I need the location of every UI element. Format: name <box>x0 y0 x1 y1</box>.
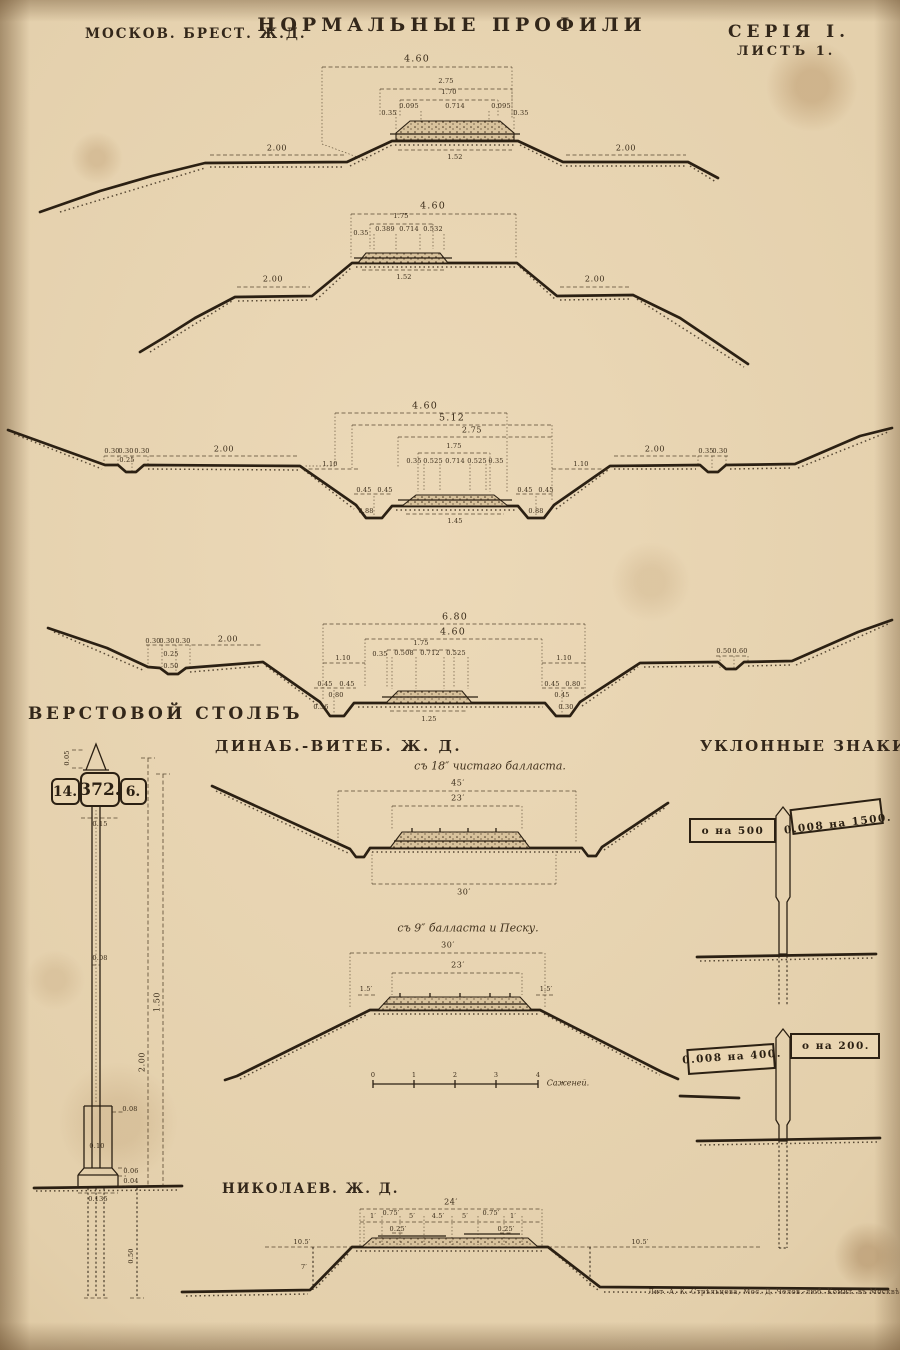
profile-2-linework <box>140 214 748 367</box>
dim-label: 0.30 <box>712 447 727 455</box>
dim-label: 23′ <box>451 794 465 803</box>
dim-label: 0.45 <box>538 486 553 494</box>
p2-ground-texture <box>150 267 744 367</box>
dim-label: 0.135 <box>88 1195 108 1203</box>
dim-label: 0.30 <box>134 447 149 455</box>
dim-label: 0.45 <box>517 486 532 494</box>
dim-label: 0.525 <box>423 457 443 465</box>
nik-ground-line <box>182 1247 888 1292</box>
dim-label: 0.45 <box>544 680 559 688</box>
dinab-profile2-caption: съ 9″ балласта и Песку. <box>397 922 538 935</box>
dim-label: 2.00 <box>214 445 234 454</box>
dim-label: 0.35 <box>353 229 368 237</box>
dim-label: 4.60 <box>404 54 430 65</box>
dim-label: 0.532 <box>423 225 443 233</box>
dim-label: 0.45 <box>377 486 392 494</box>
dim-label: 0.80 <box>565 680 580 688</box>
d1-ballast <box>390 832 530 848</box>
dim-label: 1′ <box>510 1212 516 1220</box>
dim-label: 0.30 <box>159 637 174 645</box>
dim-label: 0.35 <box>488 457 503 465</box>
dim-label: 45′ <box>451 779 465 788</box>
dim-label: 0.08 <box>122 1105 137 1113</box>
drawing-canvas <box>0 0 900 1350</box>
railway-name-nikolaev: НИКОЛАЕВ. Ж. Д. <box>222 1181 399 1197</box>
dim-label: 1.45 <box>447 517 462 525</box>
dim-label: 0.712 <box>420 649 440 657</box>
dim-label: 5.12 <box>439 413 465 424</box>
d2-dimension-lines <box>350 953 554 995</box>
dim-label: 0.75′ <box>483 1209 500 1217</box>
dim-label: 1.5′ <box>360 985 373 993</box>
dim-label: 4.60 <box>420 201 446 212</box>
dim-label: 0.06 <box>123 1167 138 1175</box>
nikolaev-linework <box>182 1209 888 1296</box>
dim-label: 24′ <box>444 1198 458 1207</box>
dim-label: 1.75 <box>393 212 408 220</box>
dim-label: 0.50 <box>163 662 178 670</box>
dim-label: 0.10 <box>89 1142 104 1150</box>
sheet-title: НОРМАЛЬНЫЕ ПРОФИЛИ <box>257 14 646 36</box>
dim-label: 1.50 <box>153 992 162 1012</box>
verst-plate-right: 6. <box>126 784 141 800</box>
dim-label: 5′ <box>409 1212 415 1220</box>
p1-leader-lines <box>322 67 514 161</box>
dim-label: 0.525 <box>446 649 466 657</box>
dim-label: 0.35 <box>698 447 713 455</box>
nik-level-verticals <box>313 1247 590 1290</box>
dim-label: 0.30 <box>145 637 160 645</box>
dim-label: 30′ <box>441 941 455 950</box>
p1-ground-texture <box>60 145 716 212</box>
nik-ballast <box>362 1238 538 1247</box>
dim-label: 0.25 <box>119 456 134 464</box>
dim-label: 0.25′ <box>498 1225 515 1233</box>
dim-label: 1′ <box>370 1212 376 1220</box>
profile-1-linework <box>40 67 718 212</box>
dim-label: 0.714 <box>445 457 465 465</box>
profile-3-linework <box>8 413 892 518</box>
sheet-number-label: ЛИСТЪ 1. <box>737 44 835 59</box>
dim-label: 2.75 <box>438 77 453 85</box>
dim-label: 4.60 <box>440 627 466 638</box>
dim-label: 0.35 <box>372 650 387 658</box>
p2-ground-line <box>140 263 748 364</box>
d2-ground-texture <box>240 1014 660 1079</box>
verst-post-linework <box>34 744 182 1298</box>
dim-label: 0.08 <box>92 954 107 962</box>
dim-label: 10.5′ <box>632 1238 649 1246</box>
dim-label: 2.00 <box>267 144 287 153</box>
dim-label: 7′ <box>301 1263 307 1271</box>
dim-label: 0.36 <box>313 703 328 711</box>
dim-label: 2.00 <box>645 445 665 454</box>
dim-label: 30′ <box>457 888 471 897</box>
lithograph-sheet: МОСКОВ. БРЕСТ. Ж.Д. НОРМАЛЬНЫЕ ПРОФИЛИ С… <box>0 0 900 1350</box>
gradient-signs-heading: УКЛОННЫЕ ЗНАКИ <box>700 737 900 755</box>
dim-label: 0.525 <box>467 457 487 465</box>
dim-label: 0.714 <box>399 225 419 233</box>
scale-tick-label: 2 <box>453 1071 457 1079</box>
sign2-ground-texture <box>700 1142 878 1145</box>
d2-ground-line <box>225 1010 678 1080</box>
scale-unit-label: Саженей. <box>547 1079 589 1088</box>
scale-bar <box>373 1080 538 1088</box>
sign2-post <box>776 1029 790 1141</box>
sign2-underground-dotted <box>779 1141 787 1248</box>
dim-label: 1.75 <box>446 442 461 450</box>
dim-label: 1.52 <box>447 153 462 161</box>
nik-ballast-details <box>378 1234 520 1236</box>
dim-label: 0.30 <box>118 447 133 455</box>
lithographer-credit: Лит. А. К. Стрѣльцова, Мос. Д. Челов.-лю… <box>648 1288 900 1296</box>
dinab-profile-2-linework <box>225 953 678 1088</box>
dim-label: 4.60 <box>412 401 438 412</box>
dim-label: 0.508 <box>394 649 414 657</box>
dim-label: 0.60 <box>732 647 747 655</box>
verst-ground-line <box>34 1186 182 1188</box>
dim-label: 1.10 <box>322 460 337 468</box>
sign1-left-board-text: о на 500 <box>702 825 765 837</box>
dim-label: 1.10 <box>556 654 571 662</box>
dim-label: 0.30 <box>175 637 190 645</box>
dim-label: 0.30 <box>558 703 573 711</box>
dim-label: 0.45 <box>356 486 371 494</box>
dim-label: 0.45 <box>554 691 569 699</box>
p1-ballast <box>396 121 514 140</box>
dim-label: 0.25′ <box>390 1225 407 1233</box>
dim-label: 4.5′ <box>432 1212 445 1220</box>
dim-label: 0.04 <box>123 1177 138 1185</box>
dim-label: 2.00 <box>263 275 283 284</box>
sign2-right-board-text: о на 200. <box>802 1040 870 1052</box>
dim-label: 1.75 <box>413 639 428 647</box>
dinab-profile-1-linework <box>212 786 668 884</box>
verst-ground-texture <box>36 1190 180 1191</box>
dim-label: 0.389 <box>375 225 395 233</box>
dim-label: 1.25 <box>421 715 436 723</box>
dim-label: 2.75 <box>462 426 482 435</box>
series-label: СЕРІЯ I. <box>728 22 850 42</box>
sign2-ground-line <box>680 1096 880 1141</box>
dim-label: 1.52 <box>396 273 411 281</box>
scale-tick-label: 4 <box>536 1071 540 1079</box>
dim-label: 0.50 <box>716 647 731 655</box>
dim-label: 2.00 <box>616 144 636 153</box>
dim-label: 1.70 <box>441 88 456 96</box>
dim-label: 0.50 <box>127 1248 135 1263</box>
scale-tick-label: 0 <box>371 1071 375 1079</box>
dim-label: 0.05 <box>63 750 71 765</box>
dim-label: 10.5′ <box>294 1238 311 1246</box>
sign1-underground-dotted <box>779 956 787 1006</box>
sign1-ground-texture <box>700 958 874 961</box>
dim-label: 6.80 <box>442 612 468 623</box>
verst-plate-left: 14. <box>53 784 77 800</box>
dim-label: 1.5′ <box>540 985 553 993</box>
dim-label: 0.35 <box>513 109 528 117</box>
verst-plate-middle: 372. <box>79 780 120 800</box>
dim-label: 2.00 <box>218 635 238 644</box>
dim-label: 2.00 <box>585 275 605 284</box>
railway-name-dinaburg-vitebsk: ДИНАБ.-ВИТЕБ. Ж. Д. <box>215 737 462 755</box>
dim-label: 2.00 <box>138 1052 147 1072</box>
dim-label: 0.095 <box>491 102 511 110</box>
dim-label: 0.88 <box>358 507 373 515</box>
verst-dimension-lines <box>72 750 170 1298</box>
dim-label: 0.45 <box>317 680 332 688</box>
dim-label: 0.30 <box>104 447 119 455</box>
dim-label: 0.35 <box>381 109 396 117</box>
verst-underground-dotted <box>88 1188 137 1298</box>
dim-label: 1.10 <box>335 654 350 662</box>
dim-label: 0.35 <box>406 457 421 465</box>
dim-label: 0.25 <box>163 650 178 658</box>
p2-leader-lines <box>351 214 516 259</box>
scale-tick-label: 1 <box>412 1071 416 1079</box>
dim-label: 0.095 <box>399 102 419 110</box>
dim-label: 0.88 <box>528 507 543 515</box>
dim-label: 23′ <box>451 961 465 970</box>
dim-label: 0.45 <box>339 680 354 688</box>
dim-label: 0.15 <box>92 820 107 828</box>
dim-label: 0.714 <box>445 102 465 110</box>
dim-label: 0.80 <box>328 691 343 699</box>
dinab-profile1-caption: съ 18″ чистаго балласта. <box>414 760 566 773</box>
verst-post-heading: ВЕРСТОВОЙ СТОЛБЪ <box>28 704 303 724</box>
dim-label: 5′ <box>462 1212 468 1220</box>
dim-label: 1.10 <box>573 460 588 468</box>
dim-label: 0.75′ <box>383 1209 400 1217</box>
scale-tick-label: 3 <box>494 1071 498 1079</box>
